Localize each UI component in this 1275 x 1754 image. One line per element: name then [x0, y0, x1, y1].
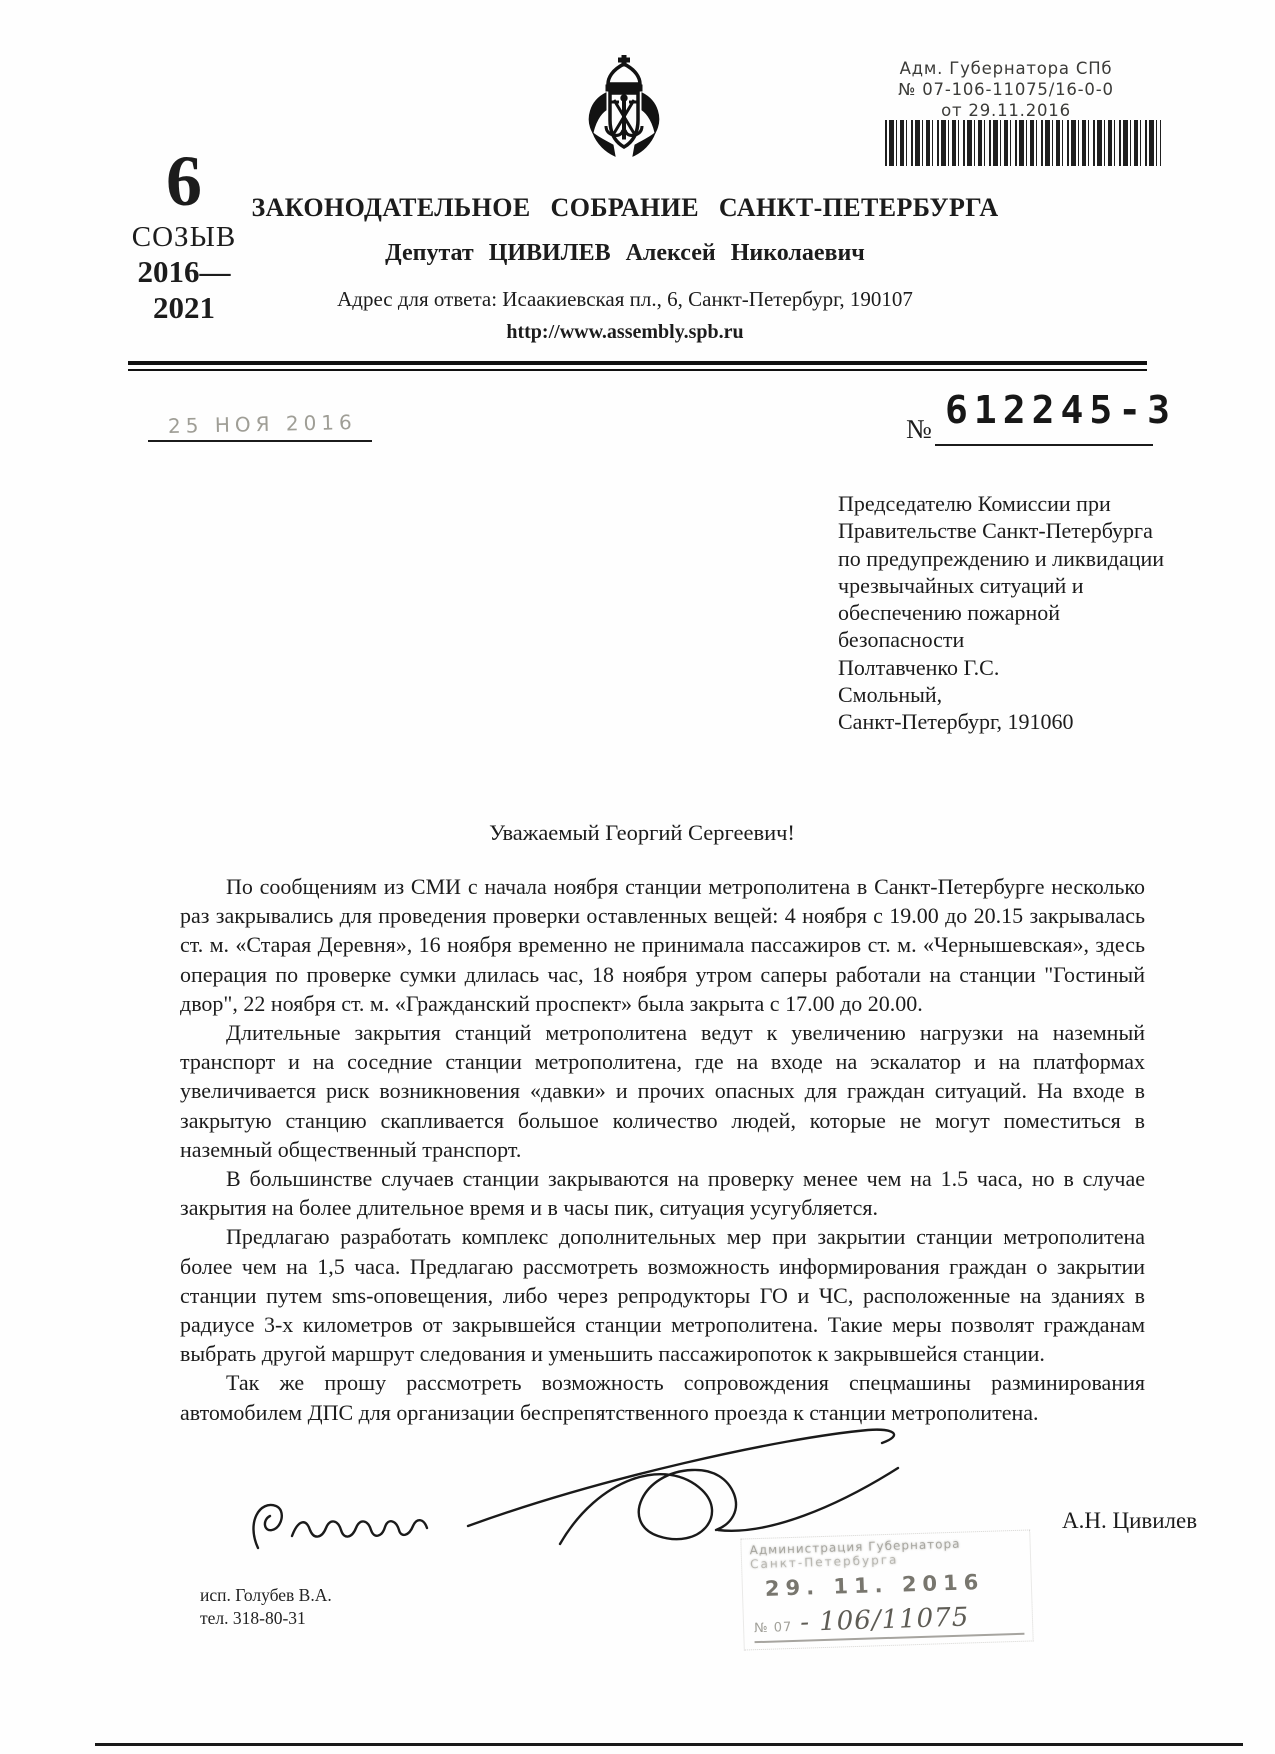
letter-body: По сообщениям из СМИ с начала ноября ста… [180, 872, 1145, 1427]
recipient-line: Председателю Комиссии при [838, 490, 1198, 517]
recipient-block: Председателю Комиссии при Правительстве … [838, 490, 1198, 736]
deputy-name: Депутат ЦИВИЛЕВ Алексей Николаевич [230, 240, 1020, 267]
recipient-line: обеспечению пожарной [838, 599, 1198, 626]
incoming-stamp-number: № 07 - 106/11075 [754, 1601, 1025, 1643]
barcode-icon [885, 120, 1161, 166]
organization-name: ЗАКОНОДАТЕЛЬНОЕ СОБРАНИЕ САНКТ-ПЕТЕРБУРГ… [230, 193, 1020, 223]
body-paragraph: По сообщениям из СМИ с начала ноября ста… [180, 872, 1145, 1018]
incoming-stamp-date: 29. 11. 2016 [765, 1569, 1024, 1601]
registration-stamp-date: от 29.11.2016 [850, 100, 1162, 121]
body-paragraph: В большинстве случаев станции закрываютс… [180, 1164, 1145, 1222]
received-date-stamp: 25 НОЯ 2016 [168, 410, 357, 438]
executor-name: исп. Голубев В.А. [200, 1584, 332, 1607]
outgoing-number-prefix: № [906, 414, 932, 445]
signature-name: А.Н. Цивилев [1062, 1508, 1197, 1534]
recipient-line: Правительстве Санкт-Петербурга [838, 517, 1198, 544]
registration-stamp: Адм. Губернатора СПб № 07-106-11075/16-0… [850, 58, 1162, 121]
registration-stamp-org: Адм. Губернатора СПб [850, 58, 1162, 79]
incoming-stamp: Администрация Губернатора Санкт-Петербур… [740, 1529, 1033, 1650]
coat-of-arms-icon [575, 55, 673, 173]
website-url: http://www.assembly.spb.ru [230, 321, 1020, 344]
recipient-line: Полтавченко Г.С. [838, 654, 1198, 681]
scan-edge-line [95, 1743, 1243, 1746]
outgoing-number-value: 612245-3 [945, 388, 1176, 432]
header-divider [128, 361, 1147, 371]
salutation: Уважаемый Георгий Сергеевич! [162, 820, 1122, 846]
recipient-line: Смольный, [838, 681, 1198, 708]
registration-stamp-number: № 07-106-11075/16-0-0 [850, 79, 1162, 100]
recipient-line: безопасности [838, 626, 1198, 653]
outgoing-number-underline [935, 444, 1153, 446]
body-paragraph: Длительные закрытия станций метрополитен… [180, 1018, 1145, 1164]
recipient-line: Санкт-Петербург, 191060 [838, 708, 1198, 735]
executor-phone: тел. 318-80-31 [200, 1607, 332, 1630]
incoming-stamp-number-value: - 106/11075 [800, 1602, 970, 1637]
recipient-line: чрезвычайных ситуаций и [838, 572, 1198, 599]
recipient-line: по предупреждению и ликвидации [838, 545, 1198, 572]
incoming-stamp-number-prefix: № 07 [754, 1620, 793, 1636]
received-date-underline [148, 440, 372, 442]
body-paragraph: Предлагаю разработать комплекс дополните… [180, 1222, 1145, 1368]
executor-block: исп. Голубев В.А. тел. 318-80-31 [200, 1584, 332, 1630]
reply-address: Адрес для ответа: Исаакиевская пл., 6, С… [230, 287, 1020, 312]
letter-page: Адм. Губернатора СПб № 07-106-11075/16-0… [0, 0, 1275, 1754]
